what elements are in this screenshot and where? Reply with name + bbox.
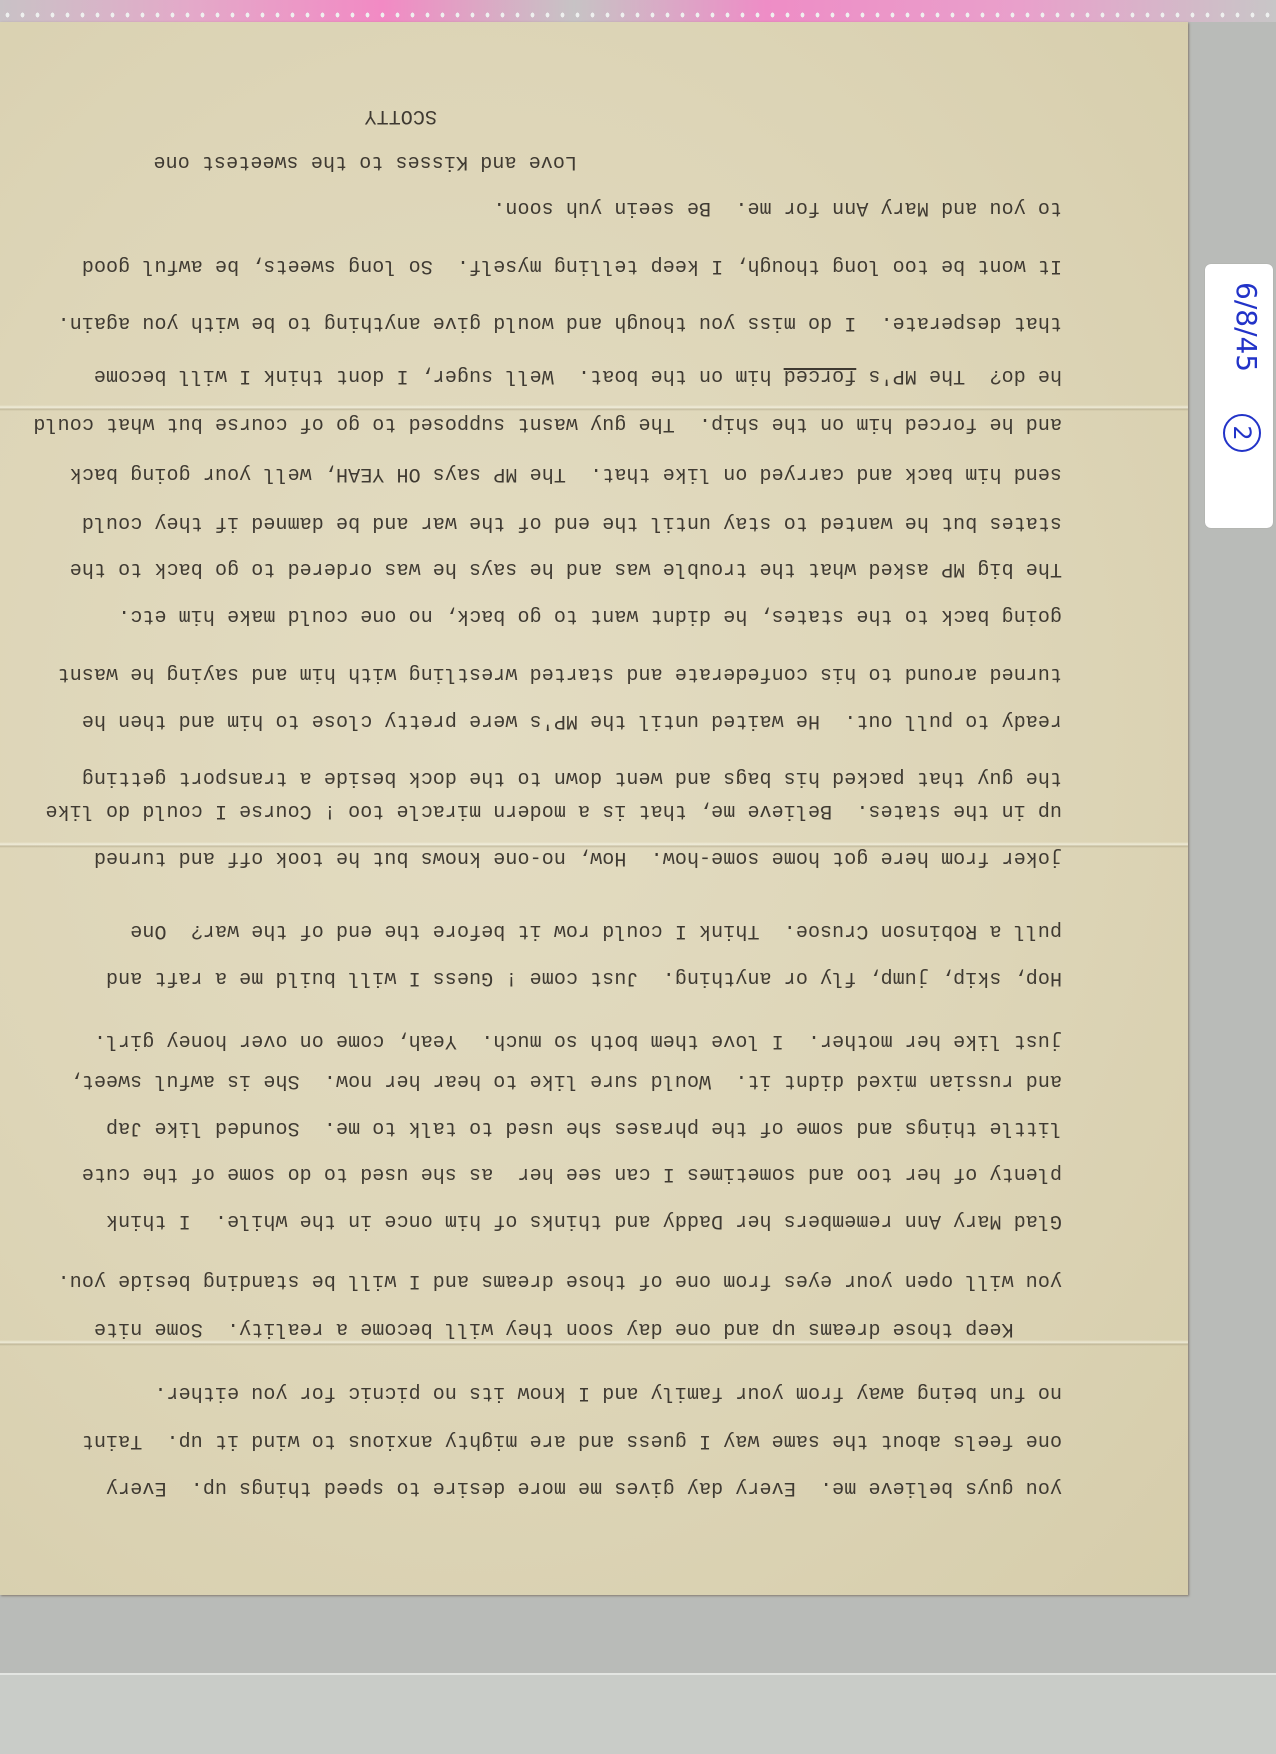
letter-line: Keep those dreams up and one day soon th… xyxy=(94,1318,1062,1338)
letter-body-rotated: you guys believe me. Every day gives me … xyxy=(40,100,1062,1500)
letter-line: Hop, skip, jump, fly or anything. Just c… xyxy=(106,967,1062,987)
handwritten-page-number: 2 xyxy=(1223,414,1261,452)
letter-line: up in the states. Believe me, that is a … xyxy=(45,800,1062,820)
scanner-edge-strip xyxy=(0,0,1276,22)
letter-line: send him back and carryed on like that. … xyxy=(70,463,1062,483)
letter-line: states but he wanted to stay until the e… xyxy=(82,512,1062,532)
letter-line: that desperate. I do miss you though and… xyxy=(58,312,1062,332)
letter-line: Glad Mary Ann remembers her Daddy and th… xyxy=(106,1210,1062,1230)
letter-line: just like her mother. I love them both s… xyxy=(94,1030,1062,1050)
letter-line: and he forced him on the ship. The guy w… xyxy=(33,413,1062,433)
letter-line: one feels about the same way I guess and… xyxy=(82,1430,1062,1450)
letter-line: plenty of her too and sometimes I can se… xyxy=(82,1163,1062,1183)
letter-line: turned around to his confederate and sta… xyxy=(58,663,1062,683)
closing-line: Love and Kisses to the sweetest one xyxy=(153,151,577,171)
handwritten-date: 6/8/45 xyxy=(1230,282,1263,372)
letter-line: to you and Mary Ann for me. Be seein yuh… xyxy=(493,197,1062,217)
letter-line: The big MP asked what the trouble was an… xyxy=(70,558,1062,578)
letter-line: and russian mixed didnt it. Would sure l… xyxy=(70,1070,1062,1090)
signature: SCOTTY xyxy=(364,105,437,125)
letter-line: joker from here got home some-how. How, … xyxy=(94,847,1062,867)
underlined-word: forced xyxy=(784,364,857,387)
letter-line: you will open your eyes from one of thos… xyxy=(58,1270,1062,1290)
archive-label-tag: 6/8/45 2 xyxy=(1205,264,1273,528)
letter-line: going back to the states, he didnt want … xyxy=(118,605,1062,625)
letter-line-underlined-forced: he do? The MP's forced him on the boat. … xyxy=(94,365,1062,385)
letter-line: the guy that packed his bags and went do… xyxy=(82,767,1062,787)
scanner-mount-edge xyxy=(0,1673,1276,1754)
letter-line: no fun being away from your family and I… xyxy=(154,1382,1062,1402)
sleeve-perforation xyxy=(0,10,1276,20)
letter-line: you guys believe me. Every day gives me … xyxy=(106,1477,1062,1497)
letter-line: ready to pull out. He waited until the M… xyxy=(82,710,1062,730)
letter-line: It wont be too long though, I keep telli… xyxy=(82,255,1062,275)
letter-line: little things and some of the phrases sh… xyxy=(106,1117,1062,1137)
letter-line: pull a Robinson Crusoe. Think I could ro… xyxy=(130,920,1062,940)
